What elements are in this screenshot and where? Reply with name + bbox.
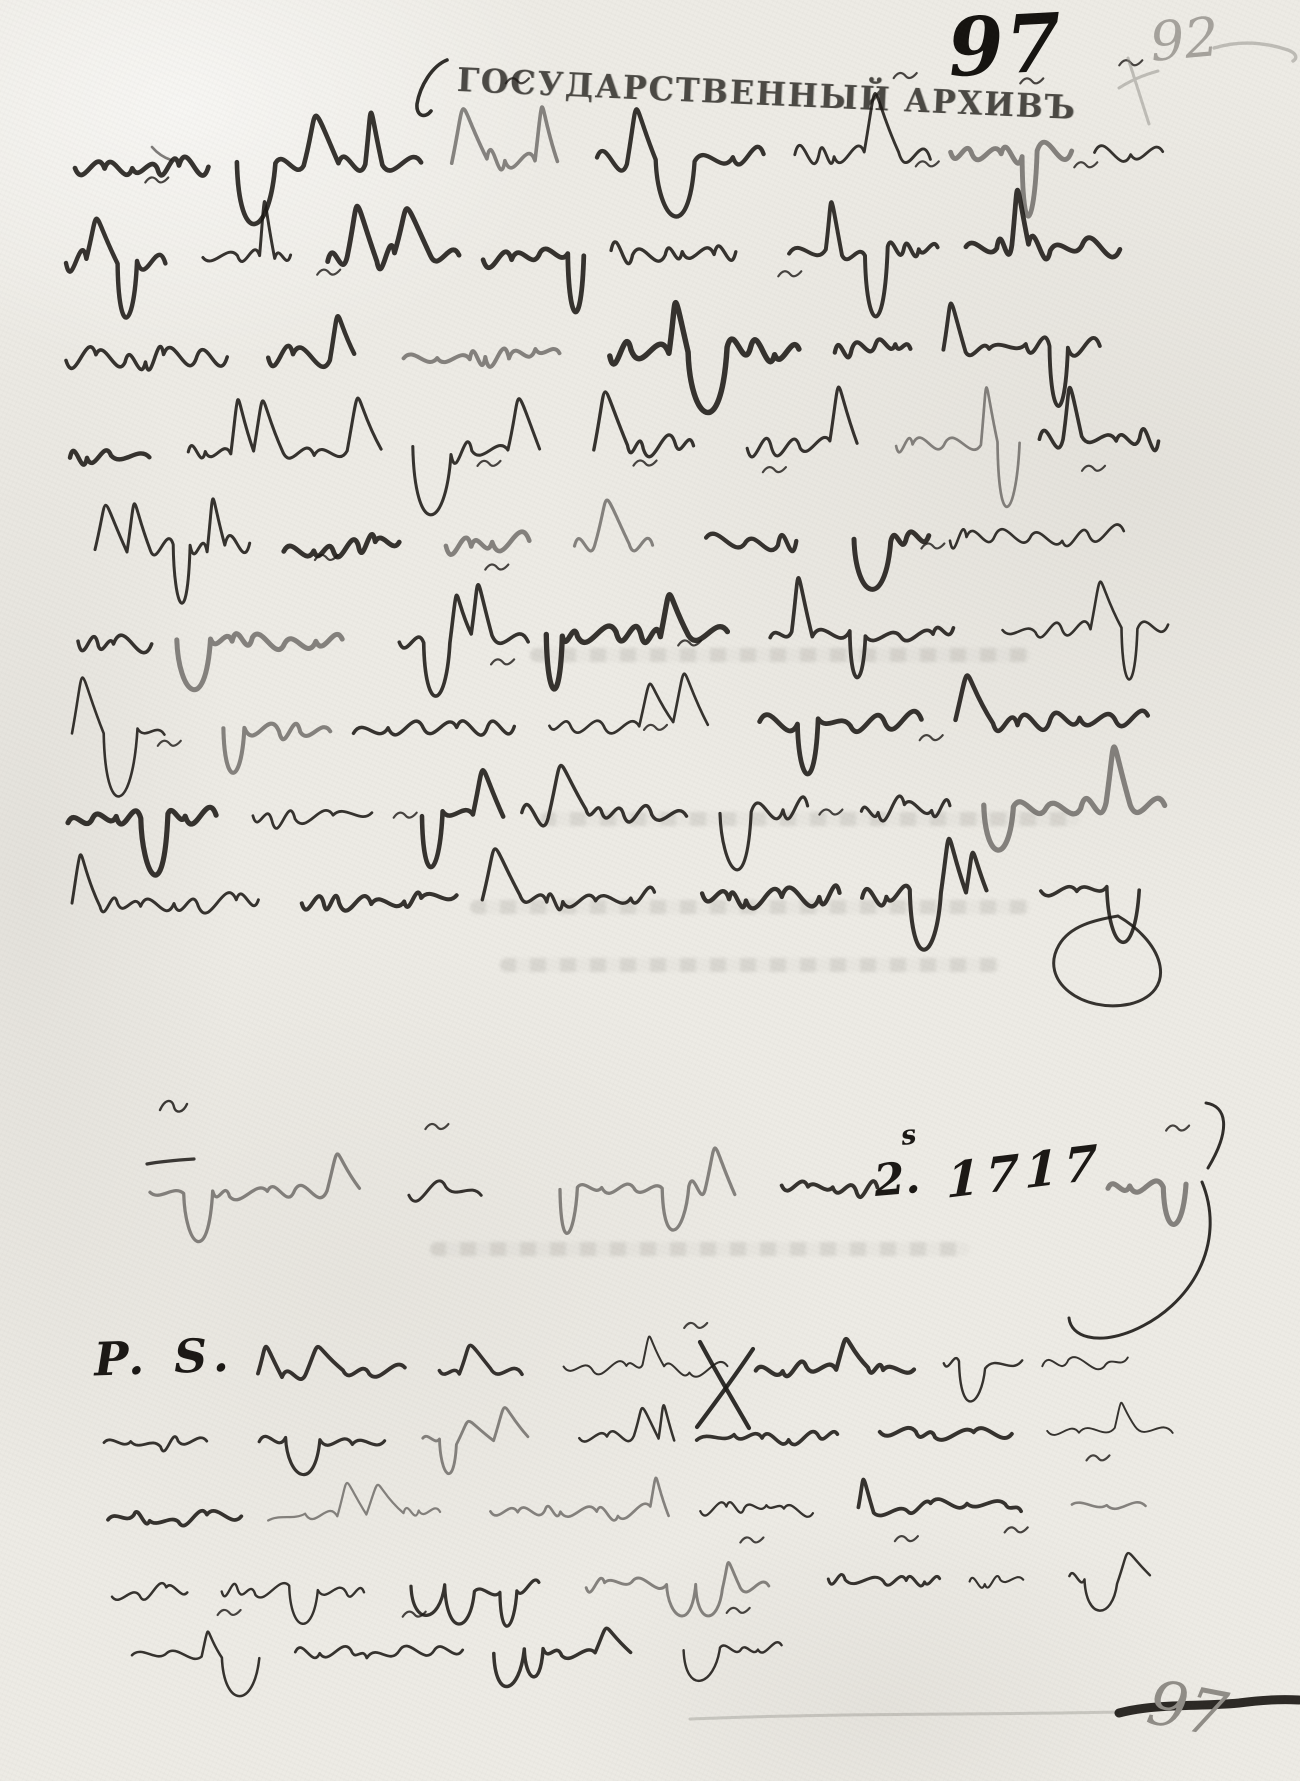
- handwriting-line-5-superscript: [478, 461, 501, 466]
- handwriting-line-1: [597, 109, 764, 216]
- handwriting-line-2: [483, 249, 584, 312]
- handwriting-line-5: [446, 532, 529, 555]
- handwriting-line-8: [522, 765, 687, 825]
- handwriting-line-5: [706, 534, 796, 551]
- handwriting-line-8: [422, 770, 503, 867]
- handwriting-line-9: [302, 892, 457, 910]
- handwriting-line-4: [896, 388, 1020, 507]
- postscript-line-5-superscript: [218, 1610, 241, 1615]
- date-line-segment-3-superscript: [1166, 1126, 1189, 1131]
- handwriting-line-8: [253, 810, 372, 828]
- handwriting-line-9: [1041, 887, 1139, 943]
- postscript-marker: P. S.: [93, 1328, 236, 1387]
- signature-ascender: [1206, 1103, 1224, 1168]
- postscript-line-4: [828, 1574, 939, 1585]
- handwriting-line-8-superscript: [644, 725, 667, 730]
- handwriting-line-8: [984, 747, 1165, 850]
- postscript-line-4: [411, 1580, 539, 1626]
- postscript-line-3: [268, 1483, 440, 1520]
- handwriting-line-7: [956, 676, 1148, 731]
- postscript-line-5: [295, 1646, 462, 1658]
- postscript-line-3: [700, 1502, 813, 1517]
- handwriting-line-9: [862, 839, 986, 950]
- handwriting-line-2: [328, 206, 459, 269]
- postscript-line-2: [880, 1428, 1012, 1440]
- handwriting-line-8: [68, 807, 216, 875]
- corner-number-cross: [1119, 58, 1158, 124]
- handwriting-line-3: [268, 316, 354, 367]
- handwriting-line-1-superscript: [894, 73, 917, 78]
- handwriting-line-7-superscript: [491, 659, 514, 664]
- postscript-line-1: [756, 1339, 914, 1376]
- postscript-line-1-superscript: [684, 1323, 707, 1328]
- handwriting-line-7: [72, 678, 164, 797]
- handwriting-line-4: [747, 387, 857, 457]
- margin-dash: [147, 1159, 194, 1164]
- handwriting-line-5: [95, 499, 250, 603]
- handwriting-line-7: [549, 674, 707, 734]
- postscript-line-5-superscript: [403, 1612, 426, 1617]
- handwriting-line-4: [413, 399, 540, 515]
- handwriting-line-9-superscript: [819, 810, 842, 815]
- postscript-line-3: [858, 1480, 1021, 1516]
- handwriting-line-9: [482, 849, 654, 910]
- handwriting-line-2: [66, 219, 165, 318]
- handwriting-line-2-superscript: [145, 177, 168, 182]
- handwriting-line-7: [223, 724, 330, 773]
- postscript-line-4: [112, 1583, 187, 1600]
- handwriting-line-5: [854, 532, 929, 589]
- line9-flourish-loop: [1054, 916, 1161, 1006]
- postscript-line-4: [1069, 1553, 1150, 1611]
- date-line-segment-2: [560, 1148, 735, 1233]
- handwriting-line-1-superscript: [506, 78, 529, 83]
- handwriting-line-8-superscript: [158, 741, 181, 746]
- handwriting-line-2: [966, 190, 1120, 259]
- handwriting-line-5: [284, 534, 399, 557]
- corner-number-swash: [1214, 43, 1296, 61]
- postscript-line-1: [564, 1337, 728, 1377]
- handwriting-line-6: [399, 585, 528, 696]
- postscript-line-3: [1072, 1502, 1146, 1509]
- postscript-line-4: [222, 1583, 364, 1624]
- handwriting-line-1: [75, 157, 208, 176]
- postscript-line-2: [579, 1405, 674, 1441]
- handwriting-line-6-superscript: [485, 565, 508, 570]
- handwriting-line-6: [770, 578, 953, 678]
- date-superscript-ch: [160, 1101, 187, 1112]
- postscript-line-2: [1047, 1403, 1173, 1435]
- handwriting-line-4: [594, 392, 694, 457]
- handwriting-line-6: [1003, 582, 1169, 680]
- handwriting-line-6-superscript: [921, 543, 944, 548]
- handwriting-line-2-superscript: [1074, 162, 1097, 167]
- date-line-segment-2: [782, 1181, 878, 1197]
- handwriting-line-2: [611, 242, 736, 264]
- postscript-line-5: [494, 1628, 631, 1686]
- postscript-line-4-superscript: [895, 1536, 918, 1541]
- handwriting-line-2-superscript: [916, 161, 939, 166]
- postscript-line-2: [697, 1432, 838, 1445]
- date-line-segment-3: [1108, 1181, 1186, 1224]
- postscript-line-3: [108, 1511, 241, 1526]
- postscript-line-5-superscript: [727, 1608, 750, 1613]
- postscript-line-4-superscript: [740, 1537, 763, 1542]
- handwriting-line-1: [1095, 146, 1163, 162]
- postscript-line-2: [423, 1408, 528, 1474]
- handwriting-line-3-superscript: [317, 270, 340, 275]
- handwriting-line-1: [452, 107, 558, 170]
- handwriting-line-5-superscript: [763, 467, 786, 472]
- handwriting-ink-layer: [0, 0, 1300, 1781]
- handwriting-line-3: [835, 339, 911, 357]
- postscript-line-1: [944, 1358, 1022, 1401]
- handwriting-line-3: [610, 303, 799, 413]
- postscript-line-4: [586, 1563, 769, 1616]
- postscript-line-1: [1042, 1357, 1128, 1369]
- handwriting-line-9: [72, 855, 258, 913]
- handwriting-line-7: [760, 711, 922, 774]
- handwriting-line-9-superscript: [394, 813, 417, 818]
- manuscript-page: ГОСУДАРСТВЕННЫЙ АРХИВЪ 97 92 P. S. 2. s …: [0, 0, 1300, 1781]
- handwriting-line-5-superscript: [1082, 466, 1105, 471]
- postscript-line-4: [970, 1576, 1024, 1588]
- ps-zh-cross-b: [697, 1349, 753, 1427]
- folio-number-bottom: 97: [1142, 1665, 1233, 1752]
- handwriting-line-5: [575, 500, 653, 551]
- postscript-line-1: [439, 1345, 522, 1374]
- handwriting-line-8: [861, 796, 950, 821]
- date-line-segment-1-superscript: [425, 1124, 448, 1129]
- handwriting-line-8-superscript: [920, 735, 943, 740]
- postscript-line-2: [104, 1437, 207, 1451]
- postscript-line-5: [684, 1642, 782, 1681]
- postscript-line-4-superscript: [1005, 1527, 1028, 1532]
- handwriting-line-6: [177, 634, 342, 690]
- handwriting-line-6: [78, 635, 152, 653]
- handwriting-line-5: [950, 525, 1124, 549]
- signature-tail: [1069, 1182, 1210, 1338]
- stamp-left-curl: [417, 60, 447, 115]
- date-line-segment-1: [150, 1154, 359, 1242]
- date-line-segment-1: [409, 1181, 481, 1201]
- handwriting-line-3: [943, 304, 1099, 406]
- handwriting-line-1: [951, 142, 1072, 216]
- postscript-line-2: [259, 1436, 384, 1474]
- handwriting-line-7: [354, 721, 515, 735]
- handwriting-line-4: [1039, 388, 1158, 451]
- top-left-tick: [152, 147, 171, 160]
- bottom-smudge-trail: [690, 1712, 1118, 1719]
- handwriting-line-8: [720, 797, 808, 870]
- postscript-line-5: [132, 1632, 259, 1696]
- handwriting-line-5-superscript: [634, 461, 657, 466]
- handwriting-line-3: [404, 349, 560, 367]
- handwriting-line-4: [188, 398, 381, 458]
- handwriting-line-1: [795, 94, 931, 164]
- postscript-line-1: [258, 1347, 405, 1379]
- handwriting-line-2: [203, 202, 291, 262]
- handwriting-line-2: [789, 202, 938, 316]
- handwriting-line-3-superscript: [778, 271, 801, 276]
- handwriting-line-3: [66, 347, 227, 370]
- handwriting-line-4: [70, 450, 149, 464]
- postscript-line-3-superscript: [1087, 1455, 1110, 1460]
- postscript-line-3: [490, 1478, 668, 1521]
- date-day: 2.: [872, 1152, 922, 1207]
- handwriting-line-1-superscript: [1020, 78, 1043, 83]
- handwriting-line-9: [702, 886, 839, 909]
